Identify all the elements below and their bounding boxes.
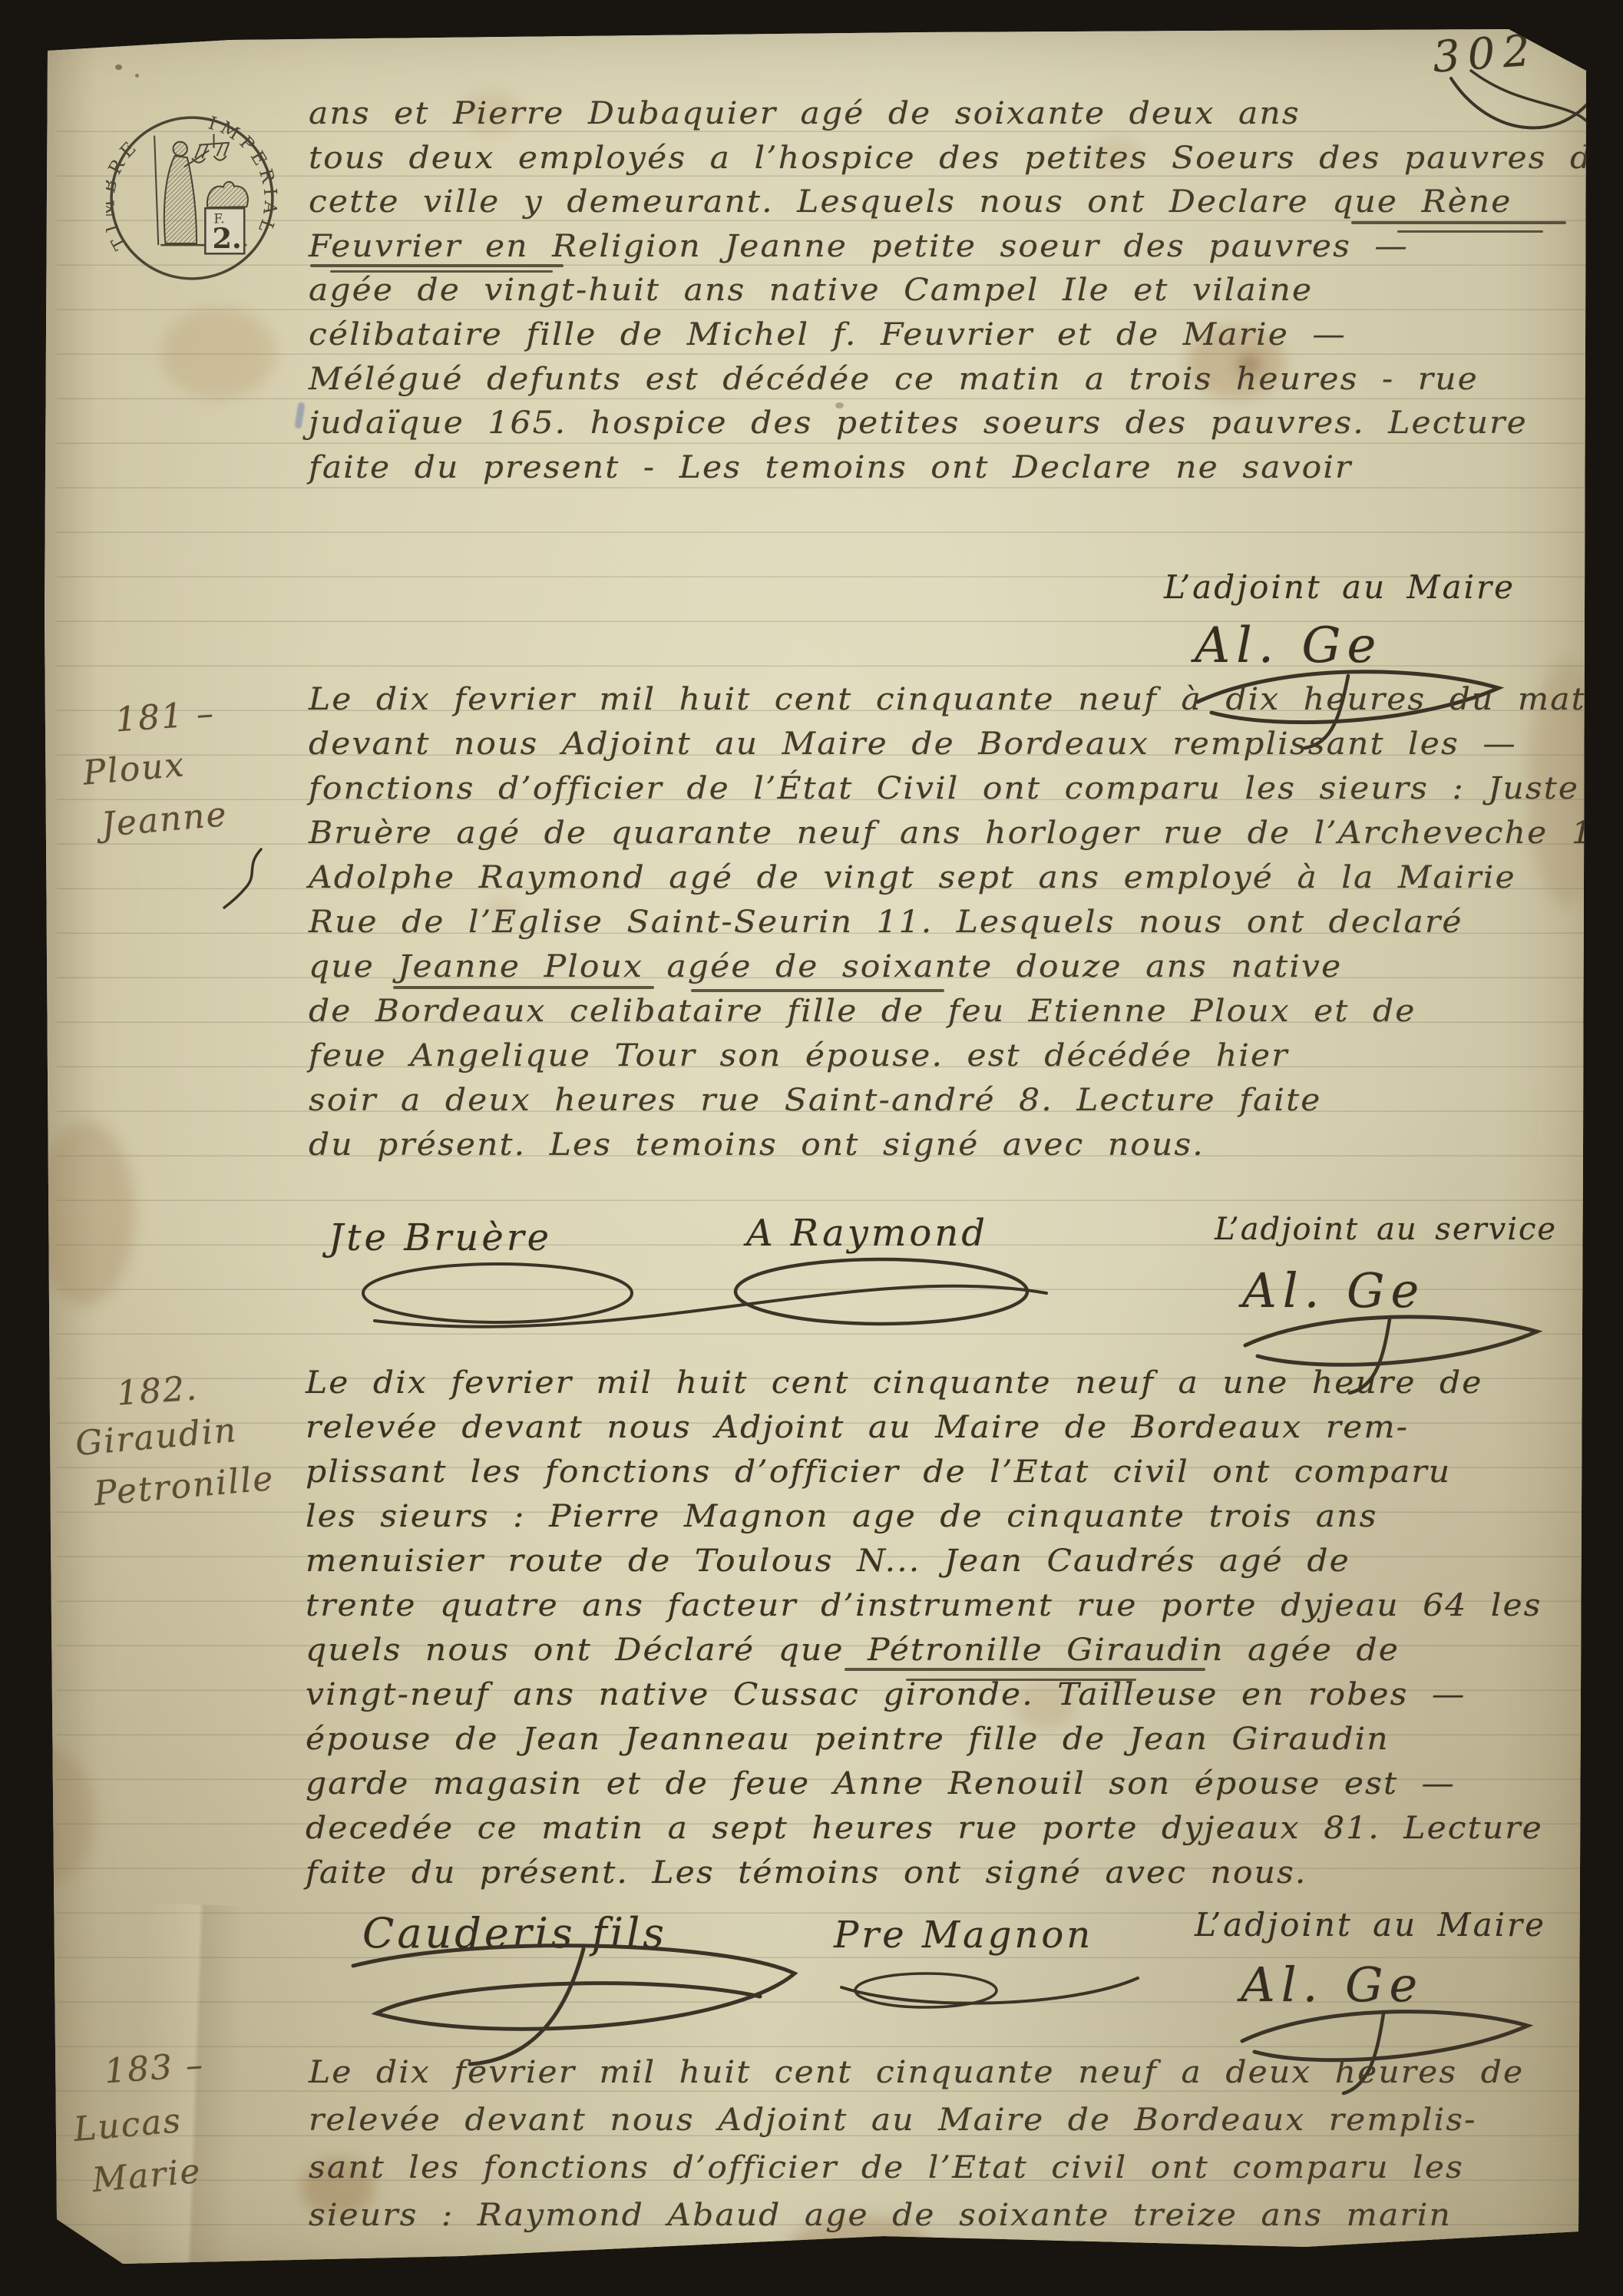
act-line: decedée ce matin a sept heures rue porte… [306,1806,1543,1851]
stain [11,1751,95,1881]
stain [161,307,276,399]
name-underline [845,1668,1205,1671]
name-underline [310,264,564,267]
ink-speck [115,65,122,70]
witness-signature: Pre Magnon [834,1914,1093,1957]
act-line: de Bordeaux celibataire fille de feu Eti… [309,989,1623,1034]
imperial-revenue-stamp: TIMBRE IMPERIAL. F. 2. [106,112,278,284]
act-line: célibataire fille de Michel f. Feuvrier … [309,313,1613,358]
act-line: judaïque 165. hospice des petites soeurs… [309,402,1613,446]
act-line: Bruère agé de quarante neuf ans horloger… [309,811,1623,855]
name-underline [691,989,944,992]
act-line: les sieurs : Pierre Magnon age de cinqua… [306,1494,1543,1539]
act-line: Adolphe Raymond agé de vingt sept ans em… [309,855,1623,900]
ink-speck [135,74,139,78]
paper-sheet: TIMBRE IMPERIAL. F. 2. 302 ans et Pi [0,0,1623,2296]
act-line: soir a deux heures rue Saint-andré 8. Le… [309,1078,1623,1123]
act-line: fonctions d’officier de l’État Civil ont… [309,766,1623,811]
stamp-denomination: 2. [212,222,241,255]
act-line: faite du présent. Les témoins ont signé … [306,1851,1543,1895]
act-line: du présent. Les temoins ont signé avec n… [309,1123,1623,1167]
act-line: feue Angelique Tour son épouse. est décé… [309,1034,1623,1078]
act-line: garde magasin et de feue Anne Renouil so… [306,1762,1543,1806]
act-line: faite du present - Les temoins ont Decla… [309,446,1613,491]
act-line: agée de vingt-huit ans native Campel Ile… [309,269,1613,313]
act-line: que Jeanne Ploux agée de soixante douze … [309,945,1623,989]
signature-flourish [321,1249,1058,1348]
act-line: quels nous ont Déclaré que Pétronille Gi… [306,1628,1543,1672]
adjoint-title: L’adjoint au Maire [1195,1906,1546,1944]
margin-act-number: 182. [115,1368,199,1413]
scanned-register-page: { "page": { "number": "302" }, "stamp": … [0,0,1623,2296]
name-underline [1397,230,1543,233]
act-182-text: Le dix fevrier mil huit cent cinquante n… [306,1361,1543,1895]
act-line: trente quatre ans facteur d’instrument r… [306,1583,1543,1628]
act-continuation-text: ans et Pierre Dubaquier agé de soixante … [309,92,1613,490]
act-line: sant les fonctions d’officier de l’Etat … [309,2144,1524,2192]
act-line: cette ville y demeurant. Lesquels nous o… [309,180,1613,225]
act-line: Le dix fevrier mil huit cent cinquante n… [309,677,1623,722]
margin-act-number: 181 – [114,694,216,740]
act-line: Rue de l’Eglise Saint-Seurin 11. Lesquel… [309,900,1623,945]
act-181-text: Le dix fevrier mil huit cent cinquante n… [309,677,1623,1167]
act-line: épouse de Jean Jeanneau peintre fille de… [306,1717,1543,1762]
signature-flourish [826,1957,1156,2026]
margin-paraph [215,843,284,912]
act-line: Le dix fevrier mil huit cent cinquante n… [309,2049,1524,2096]
name-underline [393,986,654,989]
act-line: relevée devant nous Adjoint au Maire de … [309,2096,1524,2144]
act-line: relevée devant nous Adjoint au Maire de … [306,1405,1543,1450]
name-underline [330,270,553,273]
act-line: sieurs : Raymond Abaud age de soixante t… [309,2192,1524,2239]
name-underline [906,1679,1136,1681]
adjoint-signature: Al. Ge [1241,1957,1423,2013]
act-line: ans et Pierre Dubaquier agé de soixante … [309,92,1613,137]
act-line: tous deux employés a l’hospice des petit… [309,137,1613,181]
act-line: devant nous Adjoint au Maire de Bordeaux… [309,722,1623,766]
adjoint-title: L’adjoint au Maire [1164,568,1516,606]
name-underline [1351,221,1566,224]
act-line: plissant les fonctions d’officier de l’E… [306,1450,1543,1494]
act-line: Le dix fevrier mil huit cent cinquante n… [306,1361,1543,1405]
act-line: Mélégué defunts est décédée ce matin a t… [309,358,1613,402]
adjoint-signature: Al. Ge [1242,1262,1425,1318]
stain [35,1121,135,1305]
adjoint-title: L’adjoint au service [1215,1212,1557,1247]
act-line: menuisier route de Toulous N... Jean Cau… [306,1539,1543,1583]
adjoint-signature: Al. Ge [1195,617,1382,674]
act-183-text: Le dix fevrier mil huit cent cinquante n… [309,2049,1524,2239]
margin-act-number: 183 – [103,2046,205,2092]
